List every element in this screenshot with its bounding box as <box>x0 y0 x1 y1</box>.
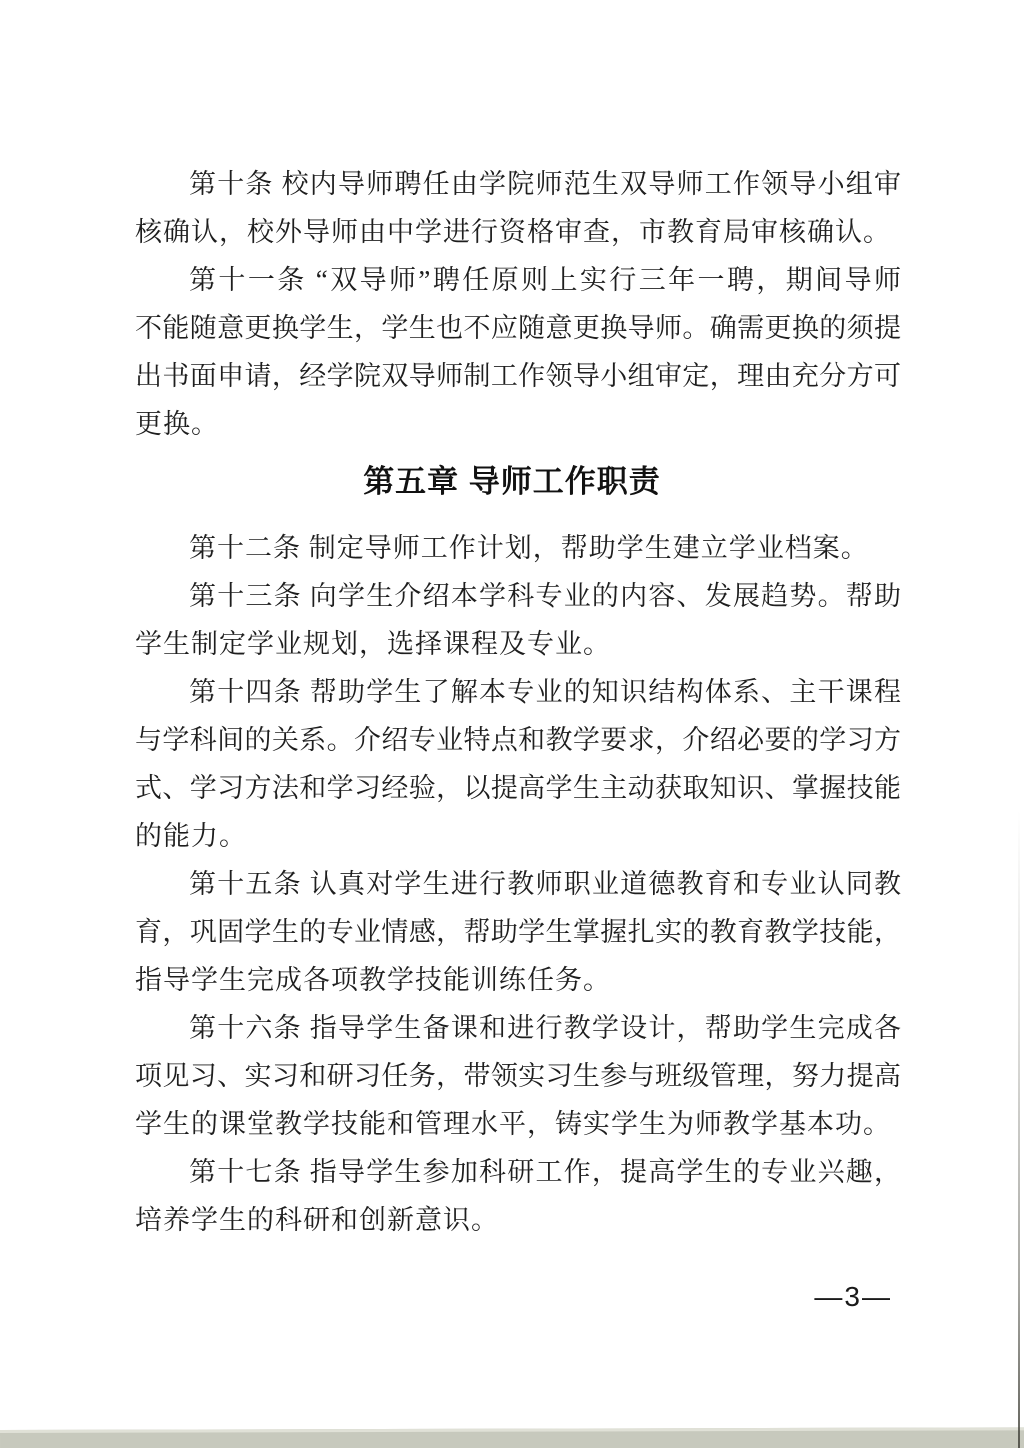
body-line: 学生的课堂教学技能和管理水平，铸实学生为师教学基本功。 <box>135 1100 901 1148</box>
body-line: 与学科间的关系。介绍专业特点和教学要求，介绍必要的学习方 <box>135 716 901 764</box>
articles-10-11-block: 第十条 校内导师聘任由学院师范生双导师工作领导小组审 核确认，校外导师由中学进行… <box>135 160 901 448</box>
body-line: 第十三条 向学生介绍本学科专业的内容、发展趋势。帮助 <box>135 572 901 620</box>
body-line: 式、学习方法和学习经验，以提高学生主动获取知识、掌握技能 <box>135 764 901 812</box>
scan-edge-line <box>1018 810 1020 1448</box>
body-line: 更换。 <box>135 400 901 448</box>
body-line: 出书面申请，经学院双导师制工作领导小组审定，理由充分方可 <box>135 352 901 400</box>
chapter-heading: 第五章 导师工作职责 <box>0 452 1024 512</box>
scan-footer-band <box>0 1427 1024 1448</box>
scanned-document-page: 第十条 校内导师聘任由学院师范生双导师工作领导小组审 核确认，校外导师由中学进行… <box>0 0 1024 1448</box>
body-line: 第十六条 指导学生备课和进行教学设计，帮助学生完成各 <box>135 1004 901 1052</box>
page-number: —3— <box>814 1282 892 1312</box>
body-line: 第十一条 “双导师”聘任原则上实行三年一聘，期间导师 <box>135 256 901 304</box>
body-line: 不能随意更换学生，学生也不应随意更换导师。确需更换的须提 <box>135 304 901 352</box>
body-line: 育，巩固学生的专业情感，帮助学生掌握扎实的教育教学技能， <box>135 908 901 956</box>
body-line: 项见习、实习和研习任务，带领实习生参与班级管理，努力提高 <box>135 1052 901 1100</box>
body-line: 的能力。 <box>135 812 901 860</box>
body-line: 第十条 校内导师聘任由学院师范生双导师工作领导小组审 <box>135 160 901 208</box>
body-line: 第十七条 指导学生参加科研工作，提高学生的专业兴趣， <box>135 1148 901 1196</box>
body-line: 第十四条 帮助学生了解本专业的知识结构体系、主干课程 <box>135 668 901 716</box>
articles-12-17-block: 第十二条 制定导师工作计划，帮助学生建立学业档案。 第十三条 向学生介绍本学科专… <box>135 524 901 1244</box>
body-line: 指导学生完成各项教学技能训练任务。 <box>135 956 901 1004</box>
body-line: 学生制定学业规划，选择课程及专业。 <box>135 620 901 668</box>
body-line: 第十五条 认真对学生进行教师职业道德教育和专业认同教 <box>135 860 901 908</box>
body-line: 第十二条 制定导师工作计划，帮助学生建立学业档案。 <box>135 524 901 572</box>
body-line: 培养学生的科研和创新意识。 <box>135 1196 901 1244</box>
body-line: 核确认，校外导师由中学进行资格审查，市教育局审核确认。 <box>135 208 901 256</box>
